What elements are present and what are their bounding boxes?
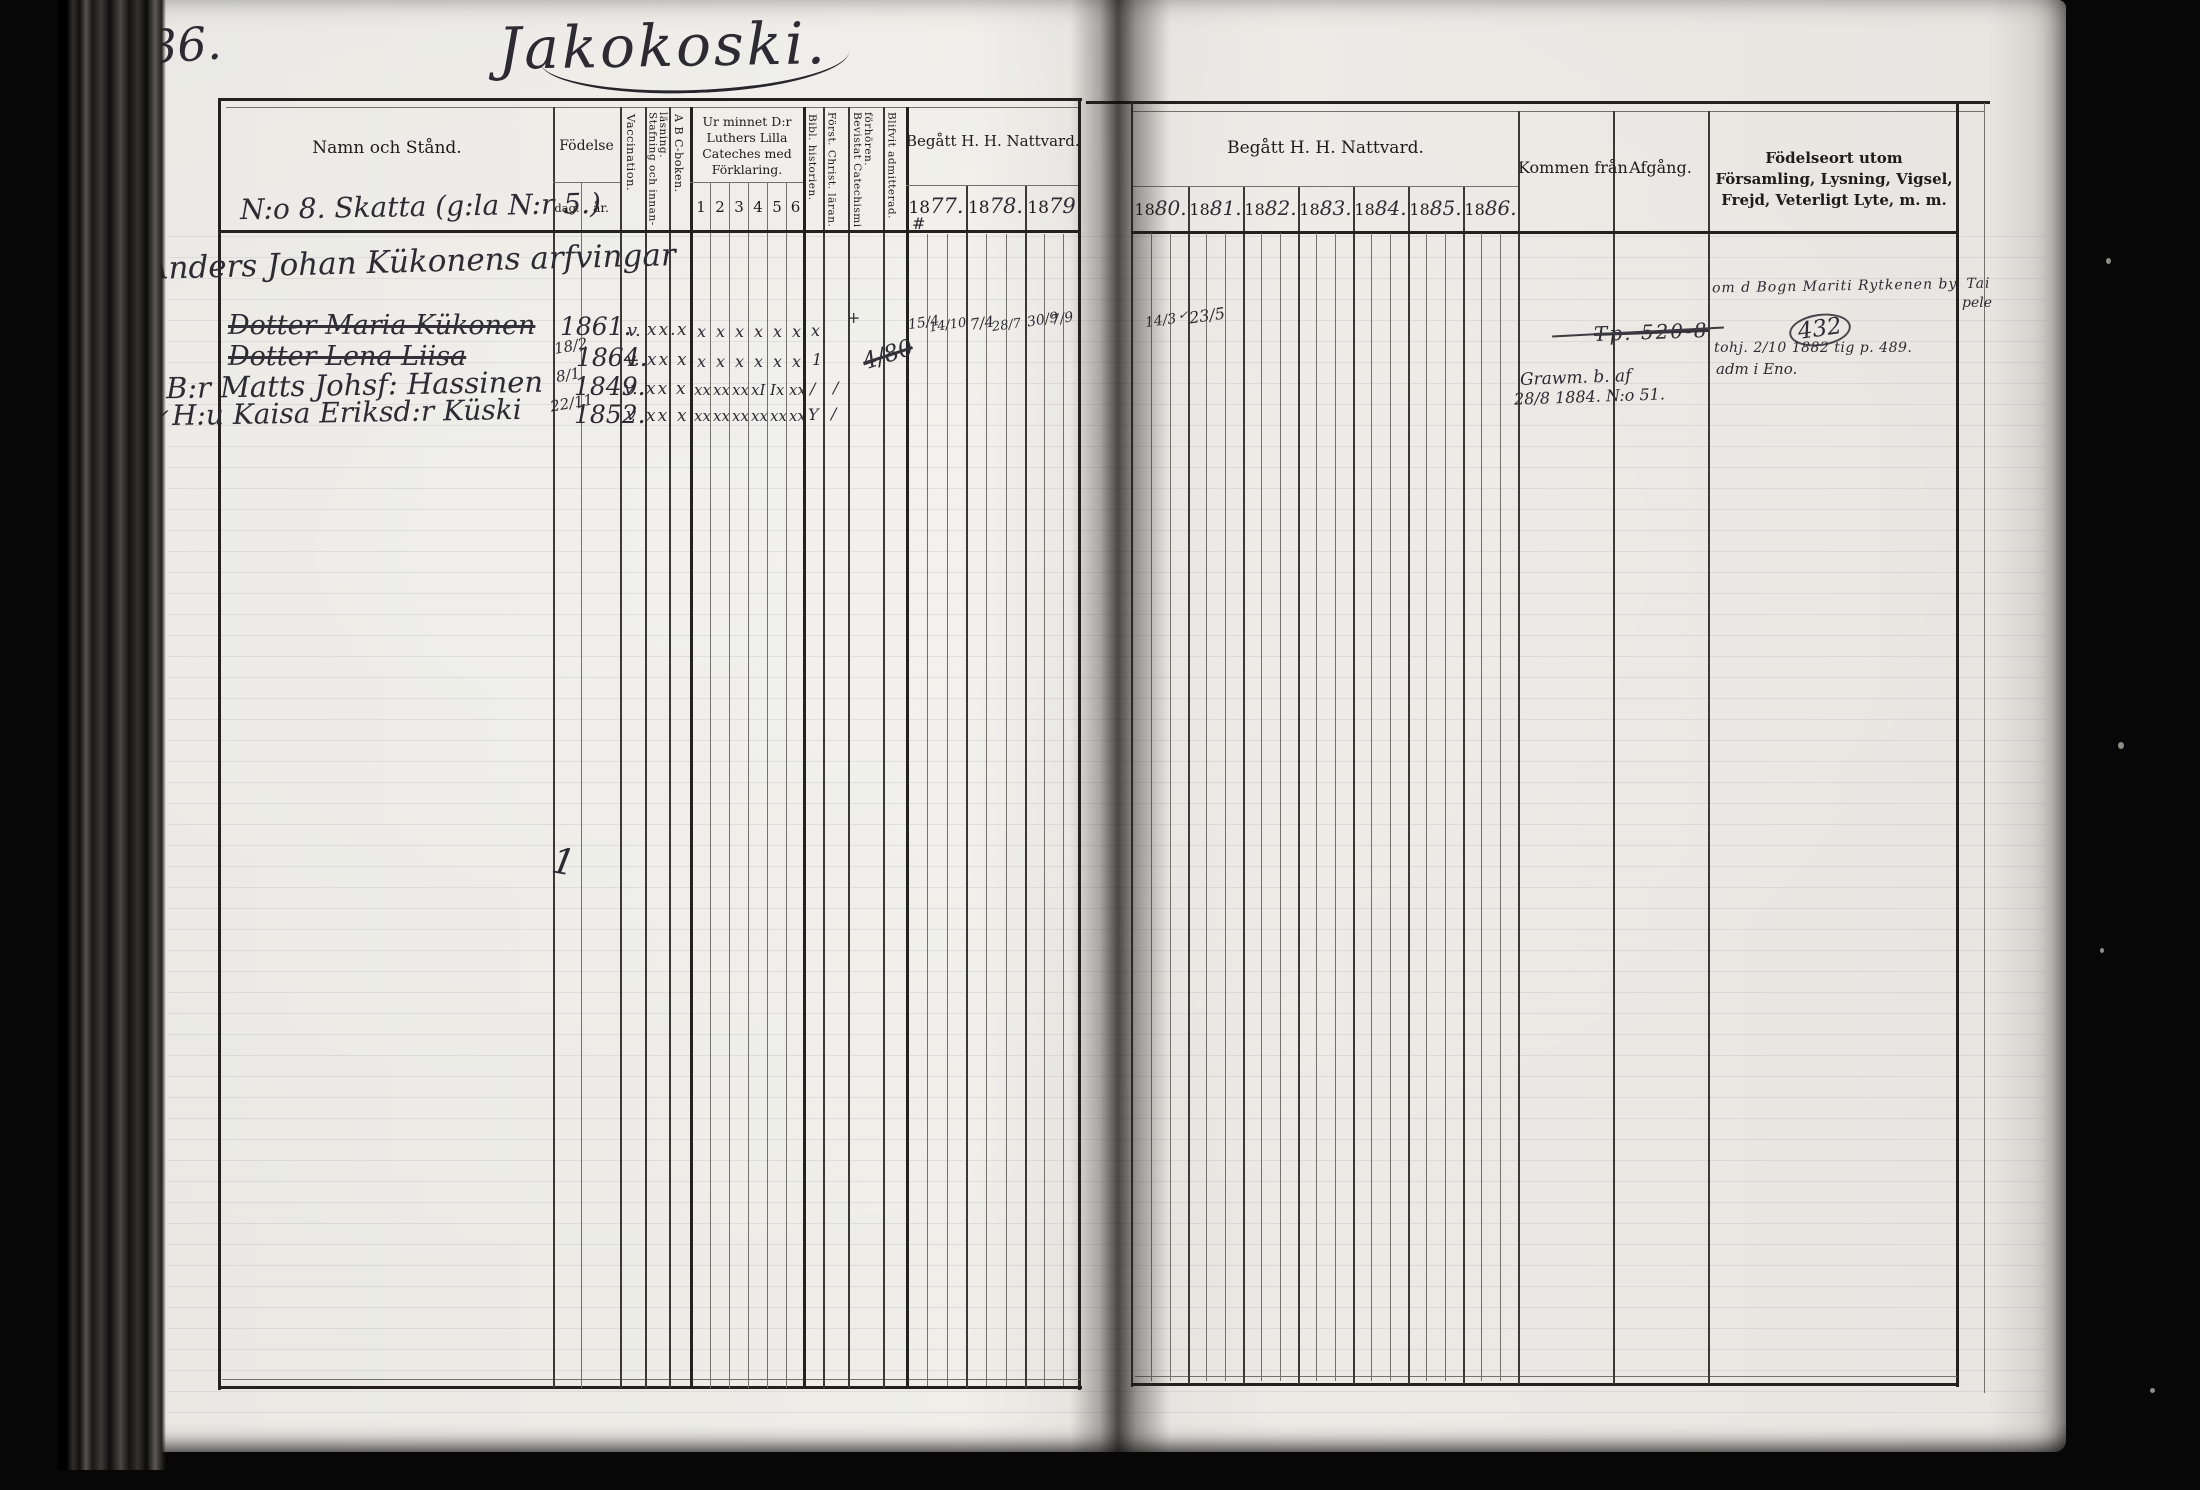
row3-cat-mark: x xyxy=(773,352,782,371)
stray-plus-mark: + xyxy=(847,308,860,327)
col-header-cat3: 3 xyxy=(730,198,748,216)
grid-line xyxy=(1170,233,1171,1381)
col-header-cat4: 4 xyxy=(749,198,767,216)
row2-stafning-mark: xx. xyxy=(647,320,678,340)
row3-bibl-mark: 1 xyxy=(812,350,822,369)
year-1884: 1884. xyxy=(1353,196,1408,220)
birthplace-note-line3: tohj. 2/10 1882 tig p. 489. xyxy=(1714,340,1912,356)
row2-abc-mark: x xyxy=(677,320,687,340)
communion-1881-check: ✓ xyxy=(1178,308,1188,322)
year-hand: 78. xyxy=(990,194,1023,218)
row3-abc-mark: x xyxy=(677,350,687,370)
row3-cat-mark: x xyxy=(754,352,763,371)
col-header-namn: Namn och Stånd. xyxy=(237,138,537,158)
row5-christ-mark: / xyxy=(831,404,836,423)
grid-line xyxy=(1316,233,1317,1381)
grid-line xyxy=(1131,101,1133,1387)
grid-line xyxy=(1131,231,1959,234)
col-header-nattvard-left: Begått H. H. Nattvard. xyxy=(906,132,1078,150)
col-header-cat5: 5 xyxy=(768,198,786,216)
row3-stafning-mark: xx xyxy=(647,350,670,370)
row2-cat-mark: x xyxy=(697,322,706,341)
row4-christ-mark: / xyxy=(833,378,838,397)
row5-stafning-mark: xx xyxy=(646,406,669,426)
birthplace-note-line2: pele xyxy=(1962,295,1992,311)
dust-speck xyxy=(2150,1388,2155,1393)
grid-line xyxy=(906,107,909,1388)
row5-cat-mark: xx xyxy=(694,407,711,425)
grid-line xyxy=(218,98,221,1390)
row5-cat-mark: xx xyxy=(751,407,768,425)
grid-line xyxy=(690,182,803,183)
grid-line xyxy=(767,183,768,1388)
row4-cat-mark: Ix xyxy=(770,381,784,399)
grid-line xyxy=(823,107,825,1388)
grid-line xyxy=(1280,233,1281,1381)
year-hand: 82. xyxy=(1265,196,1297,220)
year-1879: 1879 xyxy=(1025,194,1078,218)
year-1880: 1880. xyxy=(1133,196,1188,220)
grid-line xyxy=(803,107,806,1388)
col-header-abc: A B C-boken. xyxy=(672,114,690,226)
year-hand: 80. xyxy=(1155,196,1187,220)
grid-line xyxy=(710,183,711,1388)
col-header-ar: år. xyxy=(582,200,620,215)
row4-stafning-mark: xx xyxy=(646,379,669,399)
year-print: 18 xyxy=(1354,200,1374,219)
grid-line xyxy=(553,107,555,1388)
year-1878: 1878. xyxy=(966,194,1025,218)
col-header-dag: dag. xyxy=(553,201,581,215)
grid-line xyxy=(1956,101,1959,1387)
grid-line xyxy=(1463,186,1465,1384)
year-print: 18 xyxy=(1134,200,1154,219)
dust-speck xyxy=(2100,948,2104,953)
col-header-fodelseort: Födelseort utom Församling, Lysning, Vig… xyxy=(1714,148,1954,211)
year-1883: 1883. xyxy=(1298,196,1353,220)
col-header-vaccination: Vaccination. xyxy=(624,114,644,226)
year-print: 18 xyxy=(1464,200,1484,219)
dust-speck xyxy=(2118,742,2124,749)
grid-line xyxy=(1044,234,1045,1386)
grid-line xyxy=(966,186,968,1388)
row5-abc-mark: x xyxy=(677,406,687,426)
village-heading: N:o 8. Skatta (g:la N:r 5.) xyxy=(240,187,601,226)
year-print: 18 xyxy=(1244,200,1264,219)
grid-line xyxy=(786,183,787,1388)
grid-line xyxy=(1131,1383,1959,1386)
row4-cat-mark: xx xyxy=(789,381,806,399)
grid-line xyxy=(1708,111,1710,1384)
year-1881: 1881. xyxy=(1188,196,1243,220)
grid-line xyxy=(1225,233,1226,1381)
grid-line xyxy=(226,107,1078,108)
row3-cat-mark: x xyxy=(792,352,801,371)
row2-cat-mark: x xyxy=(754,322,763,341)
year-print: 18 xyxy=(1299,200,1319,219)
grid-line xyxy=(1206,233,1207,1381)
year-hand: 79 xyxy=(1049,194,1076,218)
grid-line xyxy=(218,98,1082,101)
year-print: 18 xyxy=(1189,200,1209,219)
grid-line xyxy=(1243,186,1245,1384)
row2-bibl-mark: x xyxy=(811,321,820,340)
grid-line xyxy=(1481,233,1482,1381)
grid-line xyxy=(690,107,693,1388)
scanned-book-spread: 36. Jakokoski. Namn och Stånd. N:o 8. Sk… xyxy=(0,0,2200,1490)
grid-line xyxy=(1390,233,1391,1381)
col-header-fodelse: Födelse xyxy=(553,138,620,154)
grid-line xyxy=(986,234,987,1386)
grid-line xyxy=(1063,234,1064,1386)
birthplace-note-line4: adm i Eno. xyxy=(1716,360,1797,378)
col-header-nattvard-right: Begått H. H. Nattvard. xyxy=(1133,138,1518,158)
row4-cat-mark: xx xyxy=(694,381,711,399)
grid-line xyxy=(729,183,730,1388)
grid-line xyxy=(218,230,1078,233)
row5-cat-mark: xx xyxy=(713,407,730,425)
year-hand: 83. xyxy=(1320,196,1352,220)
grid-line xyxy=(1353,186,1355,1384)
col-header-stafning: Stafning och innan-läsning. xyxy=(647,112,669,228)
grid-line xyxy=(1335,233,1336,1381)
grid-line xyxy=(1426,233,1427,1381)
grid-line xyxy=(645,107,647,1388)
grid-line xyxy=(848,107,850,1388)
row2-cat-mark: x xyxy=(735,322,744,341)
grid-line xyxy=(1261,233,1262,1381)
year-print: 18 xyxy=(968,198,990,218)
row2-vaccination-mark: v. xyxy=(627,320,641,341)
year-hand: 77. xyxy=(930,194,963,218)
grid-line xyxy=(1078,98,1081,1390)
grid-line xyxy=(883,107,885,1388)
row3-cat-mark: x xyxy=(697,352,706,371)
grid-line xyxy=(1445,233,1446,1381)
grid-line xyxy=(669,107,671,1388)
col-header-cat1: 1 xyxy=(692,198,710,216)
row4-cat-mark: xx xyxy=(732,381,749,399)
year-1886: 1886. xyxy=(1463,196,1518,220)
grid-line xyxy=(1371,233,1372,1381)
grid-line xyxy=(1500,233,1501,1381)
row5-cat-mark: xx xyxy=(732,407,749,425)
year-1882: 1882. xyxy=(1243,196,1298,220)
row4-abc-mark: x xyxy=(676,379,686,399)
row3-cat-mark: x xyxy=(716,352,725,371)
row5-name: H:u Kaisa Eriksd:r Küski xyxy=(172,393,522,432)
grid-line xyxy=(1086,101,1990,104)
year-print: 18 xyxy=(1027,198,1049,218)
grid-line xyxy=(1006,234,1007,1386)
row5-cat-mark: xx xyxy=(770,407,787,425)
grid-line xyxy=(1135,1376,1957,1377)
row4-cat-mark: xx xyxy=(713,381,730,399)
grid-line xyxy=(1151,233,1152,1381)
year-1885: 1885. xyxy=(1408,196,1463,220)
row5-vaccination-mark: v xyxy=(626,404,636,425)
row2-cat-mark: x xyxy=(716,322,725,341)
grid-line xyxy=(1188,186,1190,1384)
col-header-cateches: Ur minnet D:r Luthers Lilla Cateches med… xyxy=(691,114,803,178)
col-header-admitterad: Blifvit admitterad. xyxy=(886,112,906,228)
row2-cat-mark: x xyxy=(792,322,801,341)
row3-vaccination-mark: v. xyxy=(626,349,640,370)
grid-line xyxy=(222,1379,1080,1380)
row3-cat-mark: x xyxy=(735,352,744,371)
grid-line xyxy=(1613,111,1615,1384)
year-hand: 86. xyxy=(1485,196,1517,220)
grid-line xyxy=(947,234,948,1386)
grid-line xyxy=(1133,111,1985,112)
col-header-bevistat: Bevistat Catechismi förhören. xyxy=(851,112,883,228)
grid-line xyxy=(927,234,928,1386)
col-header-cat6: 6 xyxy=(787,198,804,216)
row4-cat-mark: xI xyxy=(751,381,765,399)
stray-hash-mark: # xyxy=(912,214,925,233)
year-hand: 85. xyxy=(1430,196,1462,220)
col-header-bibl: Bibl. historien. xyxy=(806,114,823,226)
grid-line xyxy=(1518,111,1520,1384)
row2-cat-mark: x xyxy=(773,322,782,341)
grid-line xyxy=(620,107,622,1388)
row2-name: Dotter Maria Kükonen xyxy=(228,310,535,341)
year-hand: 84. xyxy=(1375,196,1407,220)
row4-vaccination-mark: v. xyxy=(624,378,638,399)
col-header-cat2: 2 xyxy=(711,198,729,216)
grid-line xyxy=(748,183,749,1388)
year-print: 18 xyxy=(1409,200,1429,219)
dust-speck xyxy=(2106,258,2111,264)
grid-line xyxy=(1298,186,1300,1384)
col-header-afgang: Afgång. xyxy=(1613,158,1708,177)
grid-line xyxy=(1408,186,1410,1384)
row4-bibl-mark: / xyxy=(810,379,815,398)
grid-line xyxy=(1025,186,1027,1388)
row5-cat-mark: xx xyxy=(789,407,806,425)
col-header-christ: Först. Christ. läran. xyxy=(826,112,848,228)
grid-line xyxy=(553,182,620,183)
col-header-kommen: Kommen från xyxy=(1518,158,1613,177)
book-binding-edge xyxy=(58,0,166,1470)
grid-line xyxy=(1133,186,1518,187)
row5-bibl-mark: Y xyxy=(808,405,819,424)
year-hand: 81. xyxy=(1210,196,1242,220)
grid-line xyxy=(218,1386,1082,1389)
grid-line xyxy=(906,185,1078,186)
